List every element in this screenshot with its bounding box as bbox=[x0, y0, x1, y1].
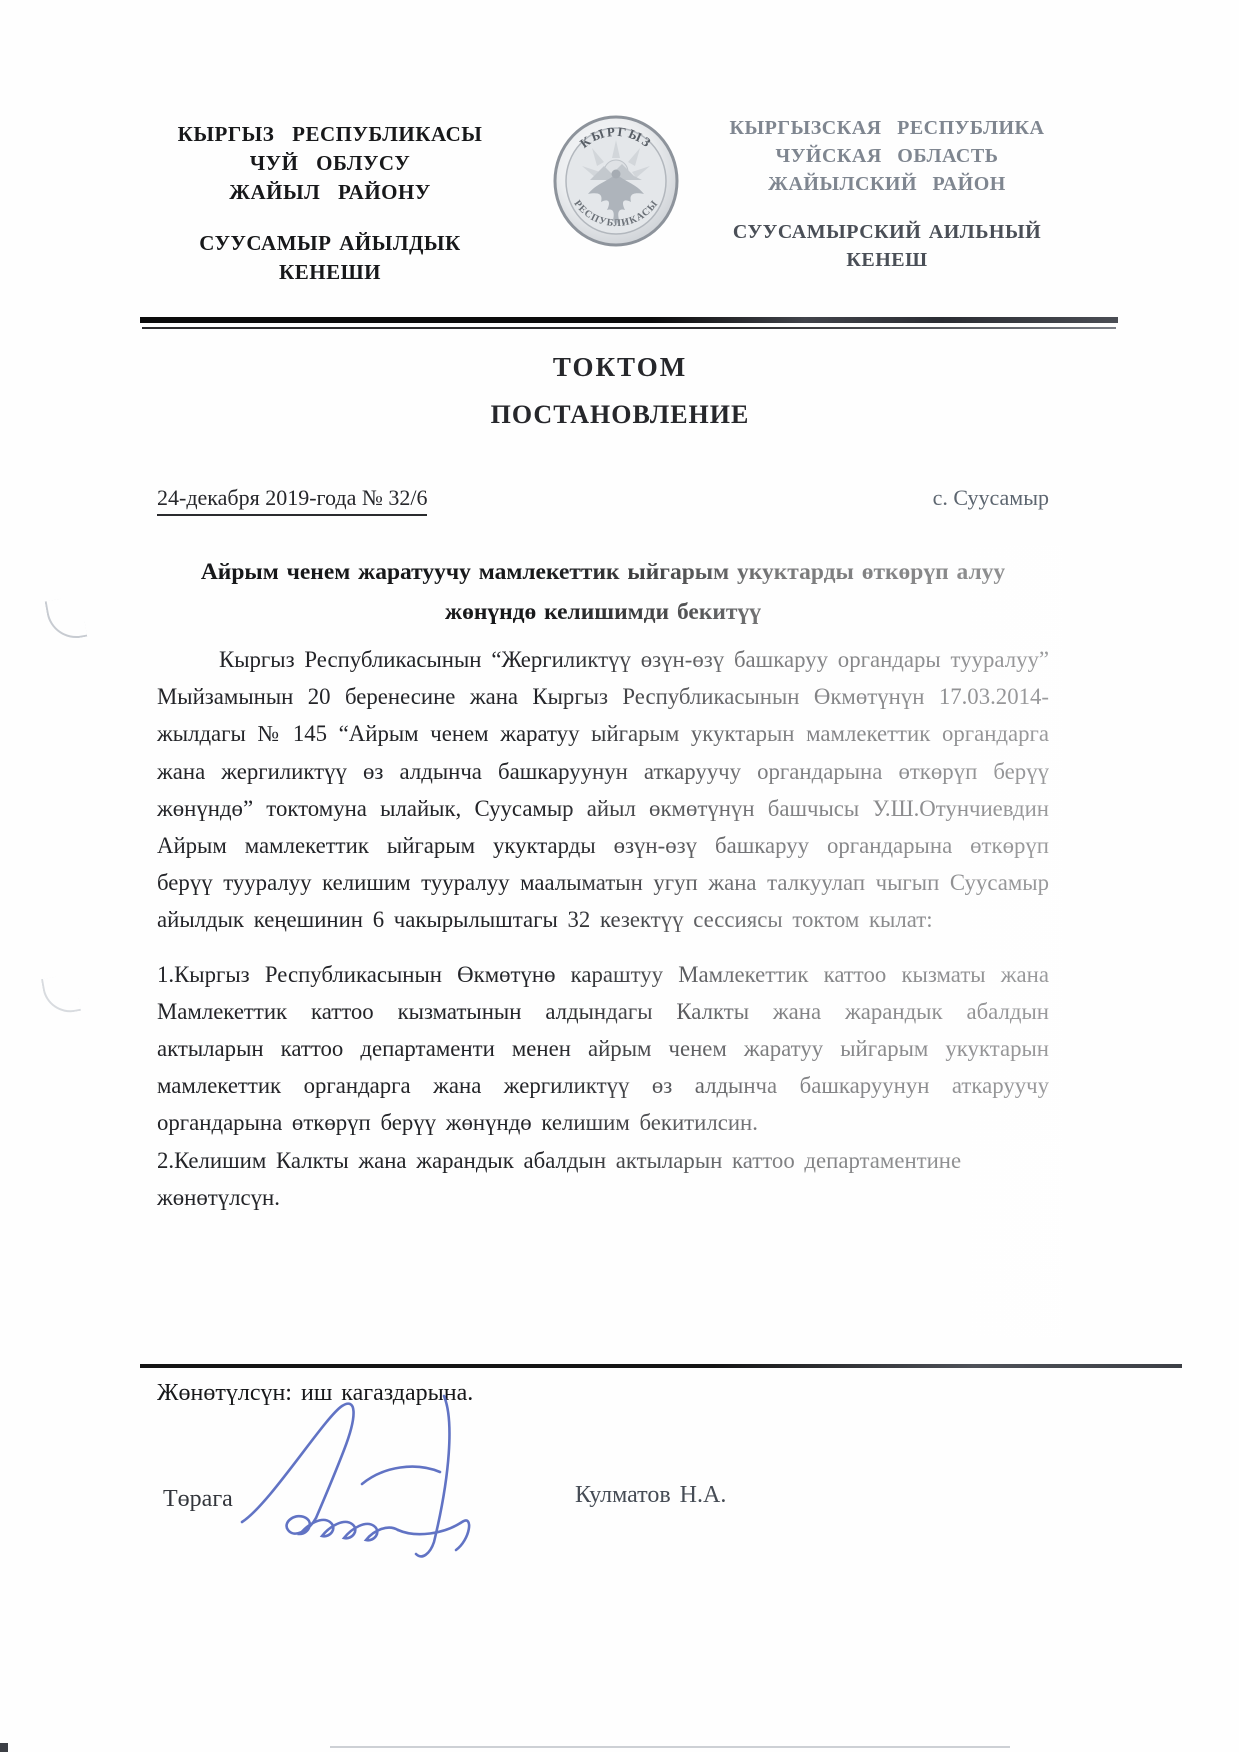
header-kyrgyz-block: КЫРГЫЗ РЕСПУБЛИКАСЫ ЧУЙ ОБЛУСУ ЖАЙЫЛ РАЙ… bbox=[160, 120, 500, 287]
header-org-line1-ky: СУУСАМЫР АЙЫЛДЫК bbox=[160, 229, 500, 258]
header-rayon-ky: ЖАЙЫЛ РАЙОНУ bbox=[160, 178, 500, 207]
footer-divider-rule bbox=[140, 1364, 1182, 1368]
header-country-ky: КЫРГЫЗ РЕСПУБЛИКАСЫ bbox=[160, 120, 500, 149]
header-org-line2-ru: КЕНЕШ bbox=[712, 246, 1062, 274]
scanned-decree-document: КЫРГЫЗ РЕСПУБЛИКАСЫ ЧУЙ ОБЛУСУ ЖАЙЫЛ РАЙ… bbox=[0, 0, 1239, 1752]
preamble-paragraph: Кыргыз Республикасынын “Жергиликтүү өзүн… bbox=[157, 641, 1049, 939]
scan-margin-mark bbox=[41, 973, 81, 1016]
decree-title: Айрым ченем жаратуучу мамлекеттик ыйгары… bbox=[157, 552, 1049, 632]
header-org-line2-ky: КЕНЕШИ bbox=[160, 258, 500, 287]
header-rayon-ru: ЖАЙЫЛСКИЙ РАЙОН bbox=[712, 170, 1062, 198]
kyrgyz-state-emblem-seal-icon: КЫРГЫЗ РЕСПУБЛИКАСЫ bbox=[552, 114, 680, 250]
scan-margin-mark bbox=[45, 595, 88, 643]
scan-bottom-line-artifact bbox=[330, 1746, 1010, 1748]
header-divider-rule bbox=[140, 317, 1118, 323]
header-divider-rule-thin bbox=[142, 327, 1116, 329]
doc-date-number: 24-декабря 2019-года № 32/6 bbox=[157, 485, 427, 516]
header-org-line1-ru: СУУСАМЫРСКИЙ АИЛЬНЫЙ bbox=[712, 218, 1062, 246]
doc-type-russian: ПОСТАНОВЛЕНИЕ bbox=[150, 400, 1090, 430]
header-oblast-ky: ЧУЙ ОБЛУСУ bbox=[160, 149, 500, 178]
header-country-ru: КЫРГЫЗСКАЯ РЕСПУБЛИКА bbox=[712, 114, 1062, 142]
doc-type-kyrgyz: ТОКТОМ bbox=[150, 352, 1090, 383]
header-oblast-ru: ЧУЙСКАЯ ОБЛАСТЬ bbox=[712, 142, 1062, 170]
decree-body: Кыргыз Республикасынын “Жергиликтүү өзүн… bbox=[157, 641, 1049, 1216]
signer-name: Кулматов Н.А. bbox=[575, 1482, 726, 1509]
resolution-item-1: 1.Кыргыз Республикасынын Өкмөтүнө карашт… bbox=[157, 956, 1049, 1142]
header-russian-block: КЫРГЫЗСКАЯ РЕСПУБЛИКА ЧУЙСКАЯ ОБЛАСТЬ ЖА… bbox=[712, 114, 1062, 274]
handwritten-signature-icon bbox=[212, 1392, 522, 1572]
resolution-item-2: 2.Келишим Калкты жана жарандык абалдын а… bbox=[157, 1142, 1049, 1216]
meta-row: 24-декабря 2019-года № 32/6 с. Суусамыр bbox=[157, 485, 1049, 516]
doc-place: с. Суусамыр bbox=[933, 485, 1049, 511]
scan-fade-overlay-secondary bbox=[600, 1255, 930, 1315]
scan-corner-artifact bbox=[0, 1743, 8, 1752]
